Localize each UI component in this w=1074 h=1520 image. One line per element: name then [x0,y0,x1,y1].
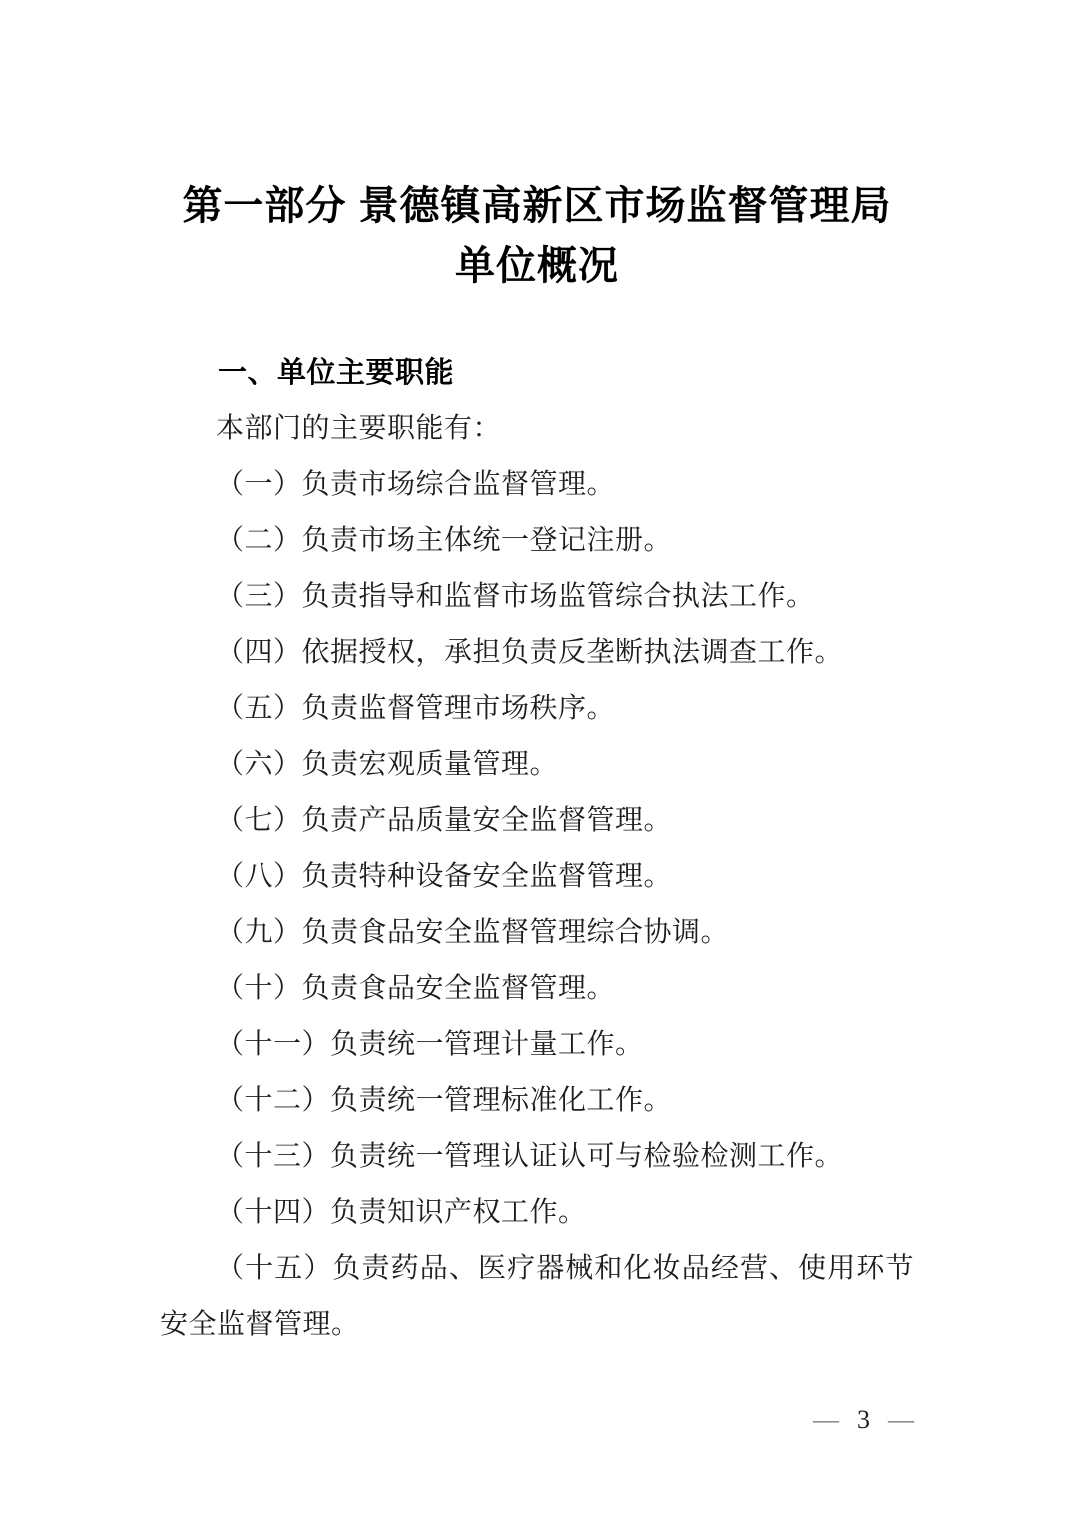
function-item-12: （十二）负责统一管理标准化工作。 [160,1073,914,1129]
function-item-1: （一）负责市场综合监督管理。 [160,457,914,513]
function-item-11: （十一）负责统一管理计量工作。 [160,1017,914,1073]
function-item-9: （九）负责食品安全监督管理综合协调。 [160,905,914,961]
function-item-13: （十三）负责统一管理认证认可与检验检测工作。 [160,1129,914,1185]
page-number: 3 [857,1405,870,1434]
footer-dash-right: — [888,1405,914,1434]
intro-paragraph: 本部门的主要职能有： [160,401,914,457]
page-title-line-2: 单位概况 [160,236,914,296]
function-item-10: （十）负责食品安全监督管理。 [160,961,914,1017]
page-footer: —3— [813,1404,914,1436]
function-item-8: （八）负责特种设备安全监督管理。 [160,849,914,905]
function-item-4: （四）依据授权，承担负责反垄断执法调查工作。 [160,625,914,681]
document-page: 第一部分 景德镇高新区市场监督管理局 单位概况 一、单位主要职能 本部门的主要职… [0,0,1074,1520]
footer-dash-left: — [813,1405,839,1434]
page-title: 第一部分 景德镇高新区市场监督管理局 单位概况 [160,176,914,296]
section-heading: 一、单位主要职能 [160,345,914,401]
function-item-15: （十五）负责药品、医疗器械和化妆品经营、使用环节安全监督管理。 [160,1241,914,1353]
function-item-14: （十四）负责知识产权工作。 [160,1185,914,1241]
function-item-5: （五）负责监督管理市场秩序。 [160,681,914,737]
function-item-7: （七）负责产品质量安全监督管理。 [160,793,914,849]
function-item-3: （三）负责指导和监督市场监管综合执法工作。 [160,569,914,625]
page-title-line-1: 第一部分 景德镇高新区市场监督管理局 [160,176,914,236]
function-item-6: （六）负责宏观质量管理。 [160,737,914,793]
function-item-2: （二）负责市场主体统一登记注册。 [160,513,914,569]
